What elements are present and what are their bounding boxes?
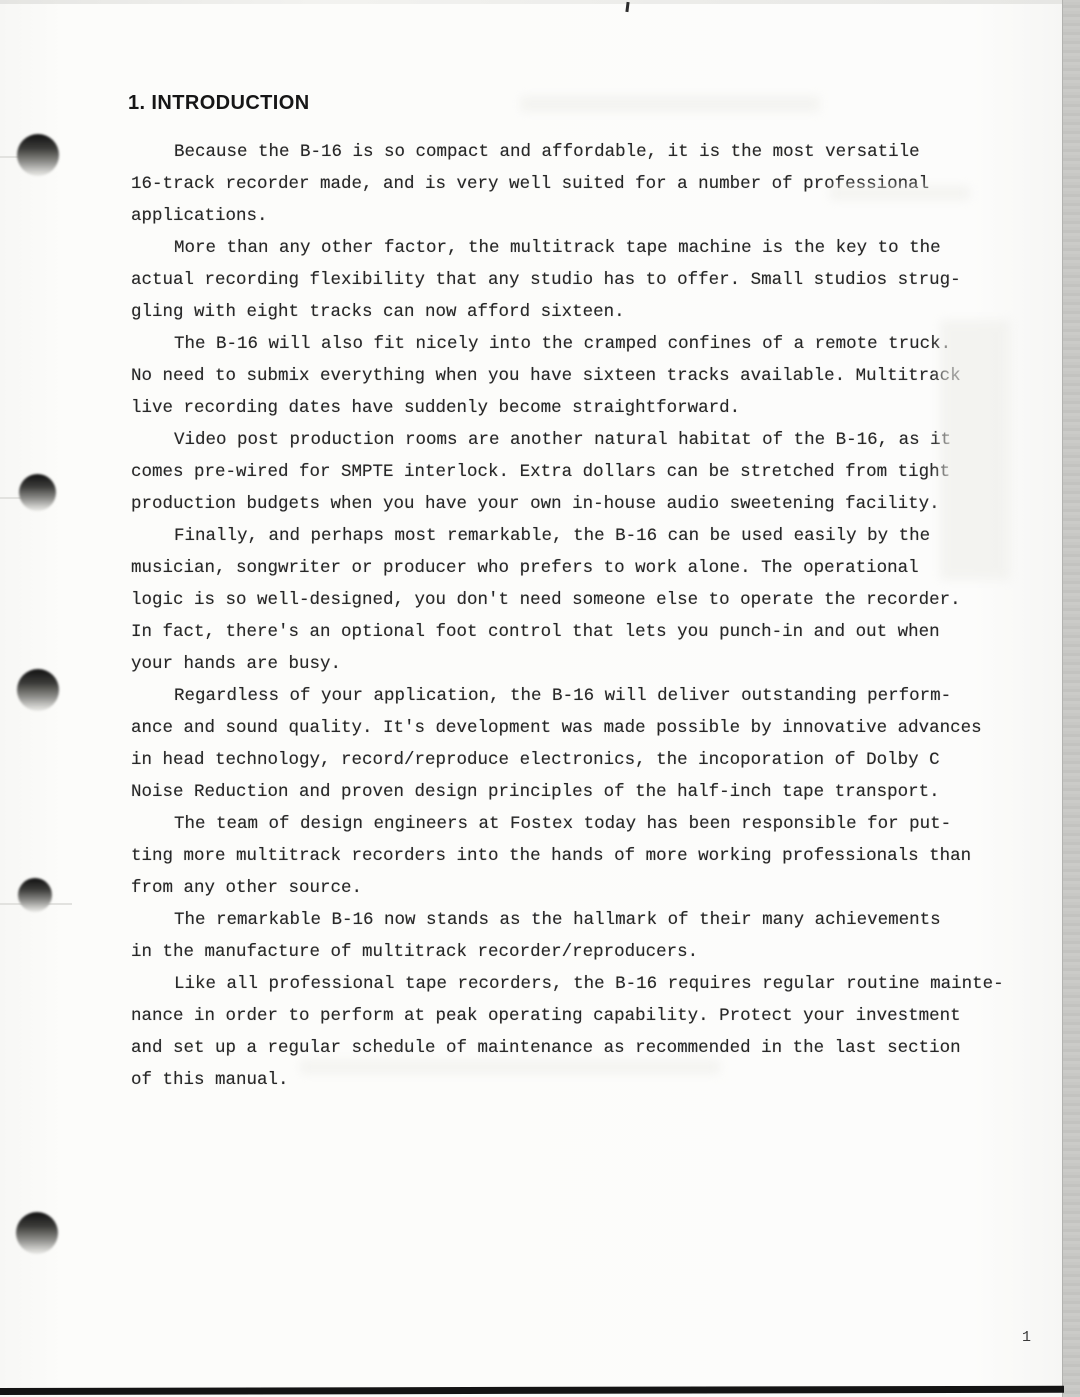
text-line: nance in order to perform at peak operat… — [131, 1000, 1036, 1032]
punch-hole — [17, 669, 59, 711]
section-heading: 1. INTRODUCTION — [128, 92, 310, 115]
scanned-page: 1. INTRODUCTION Because the B-16 is so c… — [0, 0, 1080, 1397]
bleed-through-smudge — [830, 186, 970, 200]
paragraph: The B-16 will also fit nicely into the c… — [131, 328, 1036, 424]
text-line: from any other source. — [131, 872, 1036, 904]
paragraph: Like all professional tape recorders, th… — [131, 968, 1036, 1096]
text-line: actual recording flexibility that any st… — [131, 264, 1036, 296]
text-line: musician, songwriter or producer who pre… — [131, 552, 1036, 584]
text-line: Finally, and perhaps most remarkable, th… — [131, 520, 1036, 552]
bleed-through-smudge — [940, 320, 1010, 580]
punch-hole — [19, 474, 56, 511]
text-line: live recording dates have suddenly becom… — [131, 392, 1036, 424]
paragraph: Regardless of your application, the B-16… — [131, 680, 1036, 808]
paragraph: Finally, and perhaps most remarkable, th… — [131, 520, 1036, 680]
scan-edge-bottom — [0, 1386, 1064, 1395]
paragraph: Because the B-16 is so compact and affor… — [131, 136, 1036, 232]
text-line: No need to submix everything when you ha… — [131, 360, 1036, 392]
punch-hole — [18, 878, 52, 912]
text-line: The B-16 will also fit nicely into the c… — [131, 328, 1036, 360]
punch-hole — [16, 1212, 58, 1254]
scan-edge-top — [0, 0, 1080, 4]
paragraph: The team of design engineers at Fostex t… — [131, 808, 1036, 904]
text-line: in the manufacture of multitrack recorde… — [131, 936, 1036, 968]
text-line: Video post production rooms are another … — [131, 424, 1036, 456]
paragraph: More than any other factor, the multitra… — [131, 232, 1036, 328]
text-line: Noise Reduction and proven design princi… — [131, 776, 1036, 808]
page-number: 1 — [1022, 1329, 1031, 1346]
text-line: applications. — [131, 200, 1036, 232]
paragraph: The remarkable B-16 now stands as the ha… — [131, 904, 1036, 968]
text-line: in head technology, record/reproduce ele… — [131, 744, 1036, 776]
text-line: ance and sound quality. It's development… — [131, 712, 1036, 744]
text-line: Regardless of your application, the B-16… — [131, 680, 1036, 712]
text-line: The team of design engineers at Fostex t… — [131, 808, 1036, 840]
text-line: More than any other factor, the multitra… — [131, 232, 1036, 264]
scan-artifact-mark — [625, 2, 629, 12]
text-line: comes pre-wired for SMPTE interlock. Ext… — [131, 456, 1036, 488]
text-line: your hands are busy. — [131, 648, 1036, 680]
text-line: The remarkable B-16 now stands as the ha… — [131, 904, 1036, 936]
text-line: Because the B-16 is so compact and affor… — [131, 136, 1036, 168]
scan-edge-right — [1062, 0, 1080, 1397]
paragraph: Video post production rooms are another … — [131, 424, 1036, 520]
text-line: In fact, there's an optional foot contro… — [131, 616, 1036, 648]
text-line: Like all professional tape recorders, th… — [131, 968, 1036, 1000]
bleed-through-smudge — [520, 96, 820, 112]
text-line: production budgets when you have your ow… — [131, 488, 1036, 520]
bleed-through-smudge — [300, 1060, 720, 1074]
punch-hole — [17, 134, 59, 176]
text-line: ting more multitrack recorders into the … — [131, 840, 1036, 872]
body-text: Because the B-16 is so compact and affor… — [131, 136, 1036, 1096]
text-line: logic is so well-designed, you don't nee… — [131, 584, 1036, 616]
text-line: gling with eight tracks can now afford s… — [131, 296, 1036, 328]
